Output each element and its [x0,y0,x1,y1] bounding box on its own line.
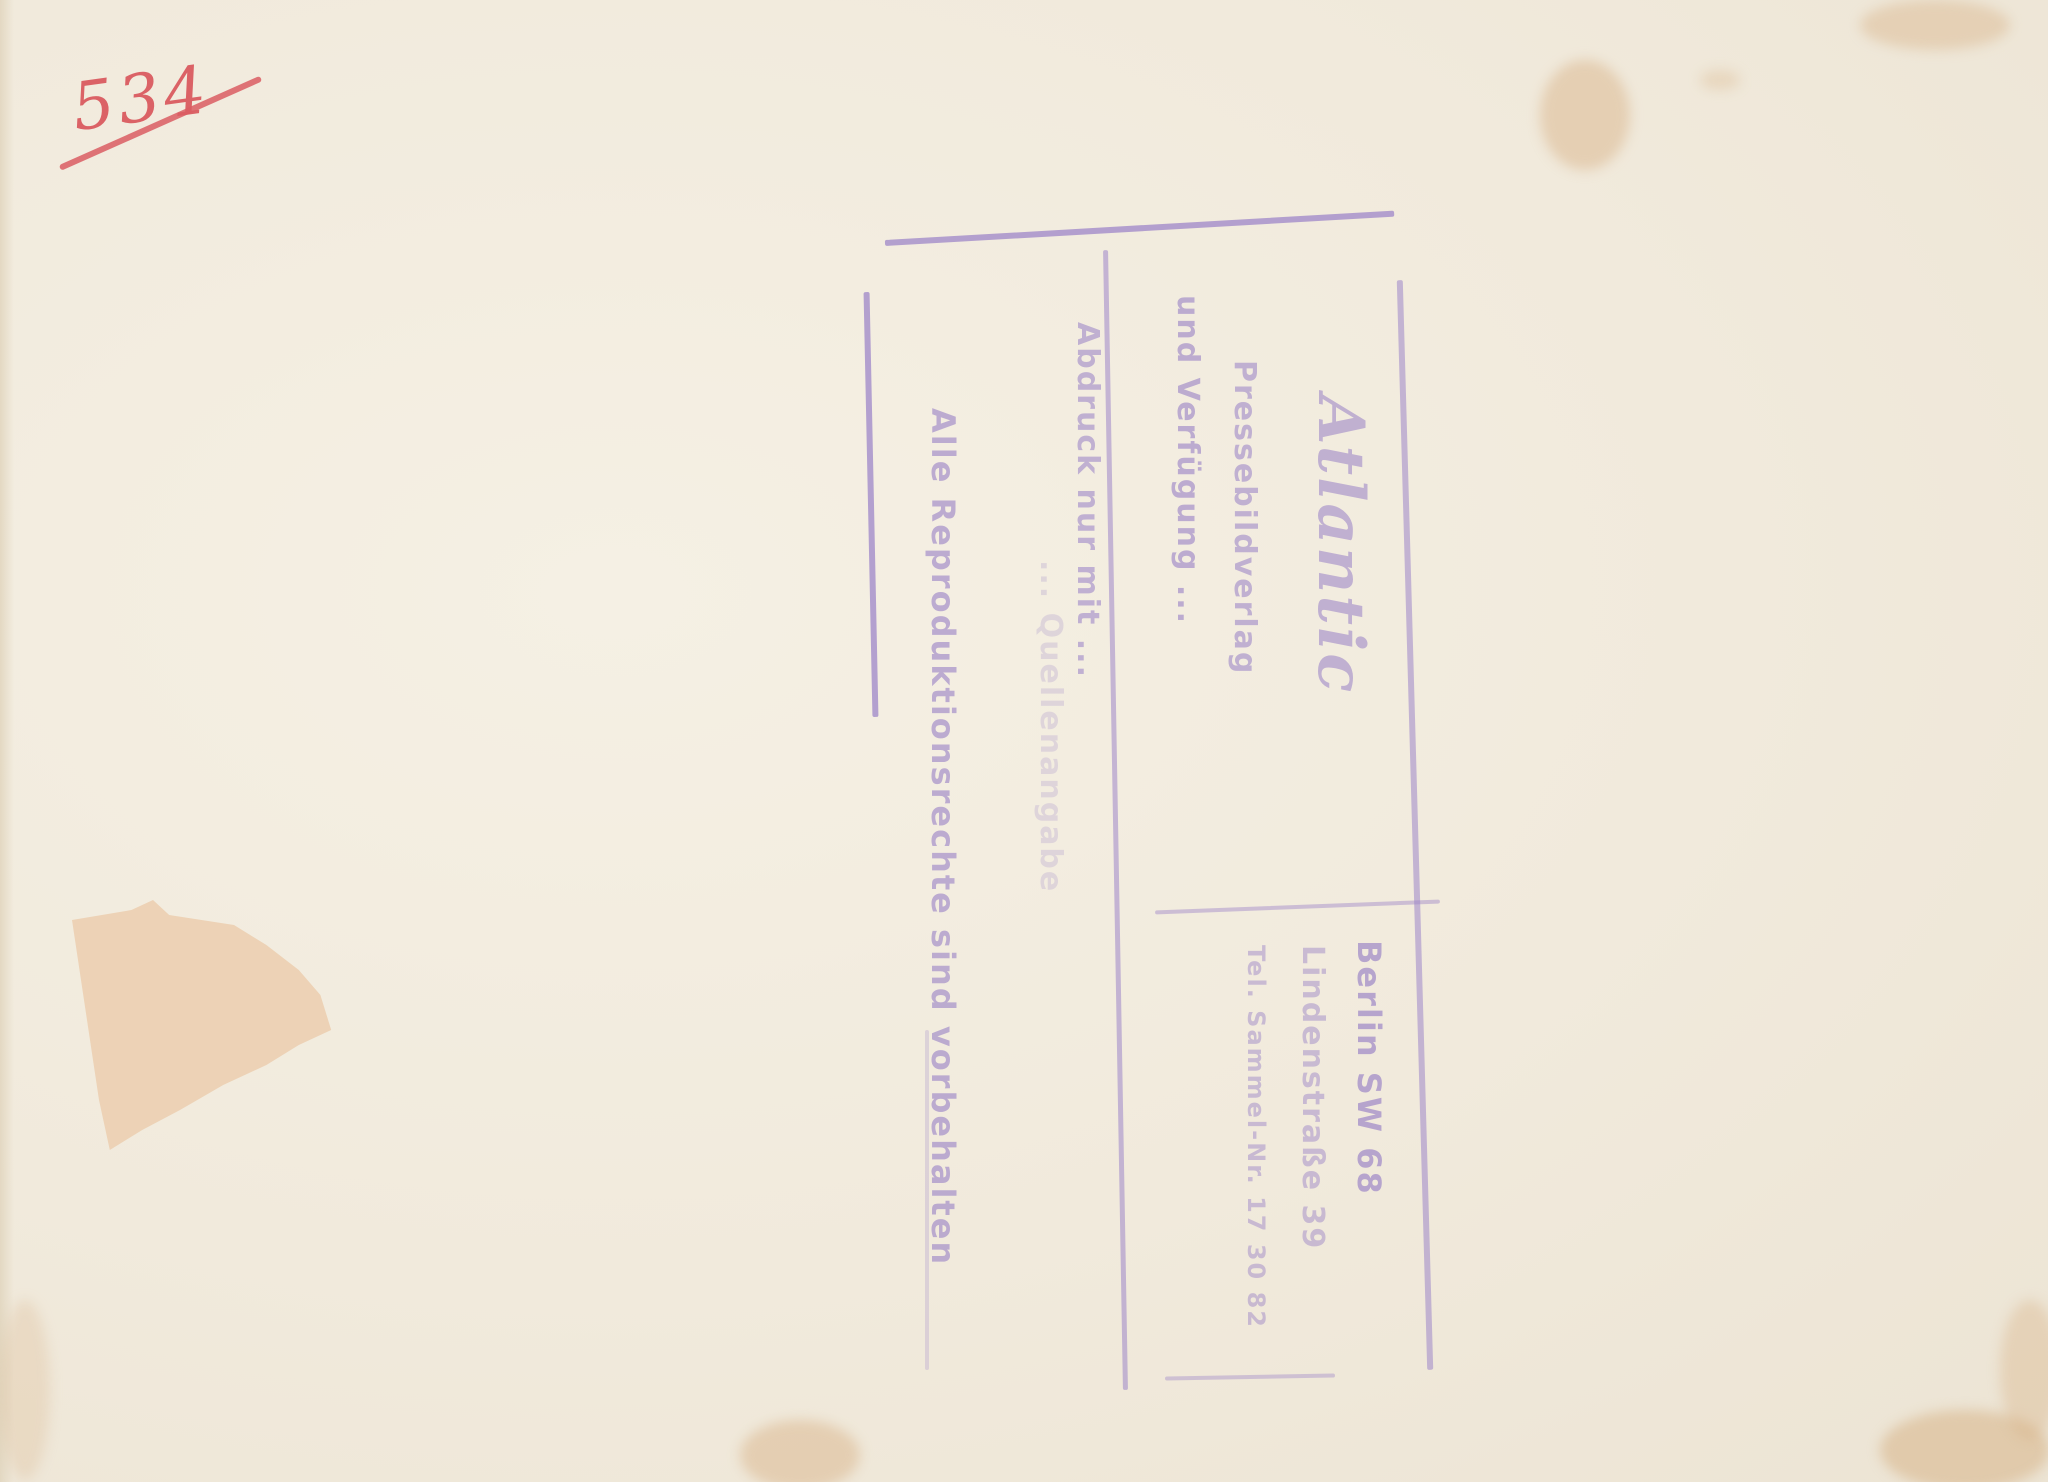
paper-edge [0,0,14,1482]
foxing-stain [1860,0,2010,50]
foxing-stain [740,1420,860,1482]
stamp-usage-line: und Verfügung ... [1170,295,1205,625]
stamp-subtitle: Pressebildverlag [1227,360,1262,675]
stamp-phone: Tel. Sammel-Nr. 17 30 82 [1242,945,1270,1329]
foxing-stain [1540,60,1630,170]
paper-background [0,0,2048,1482]
stamp-rights: Alle Reproduktionsrechte sind vorbehalte… [924,408,962,1266]
stamp-street: Lindenstraße 39 [1295,945,1330,1250]
foxing-stain [1700,70,1740,90]
foxing-stain [0,1300,50,1480]
stamp-agency-name: Atlantic [1303,395,1378,694]
stamp-city: Berlin SW 68 [1350,940,1388,1196]
stamp-notice-2: ... Quellenangabe [1033,560,1068,893]
stamp-notice-1: Abdruck nur mit ... [1070,322,1105,679]
